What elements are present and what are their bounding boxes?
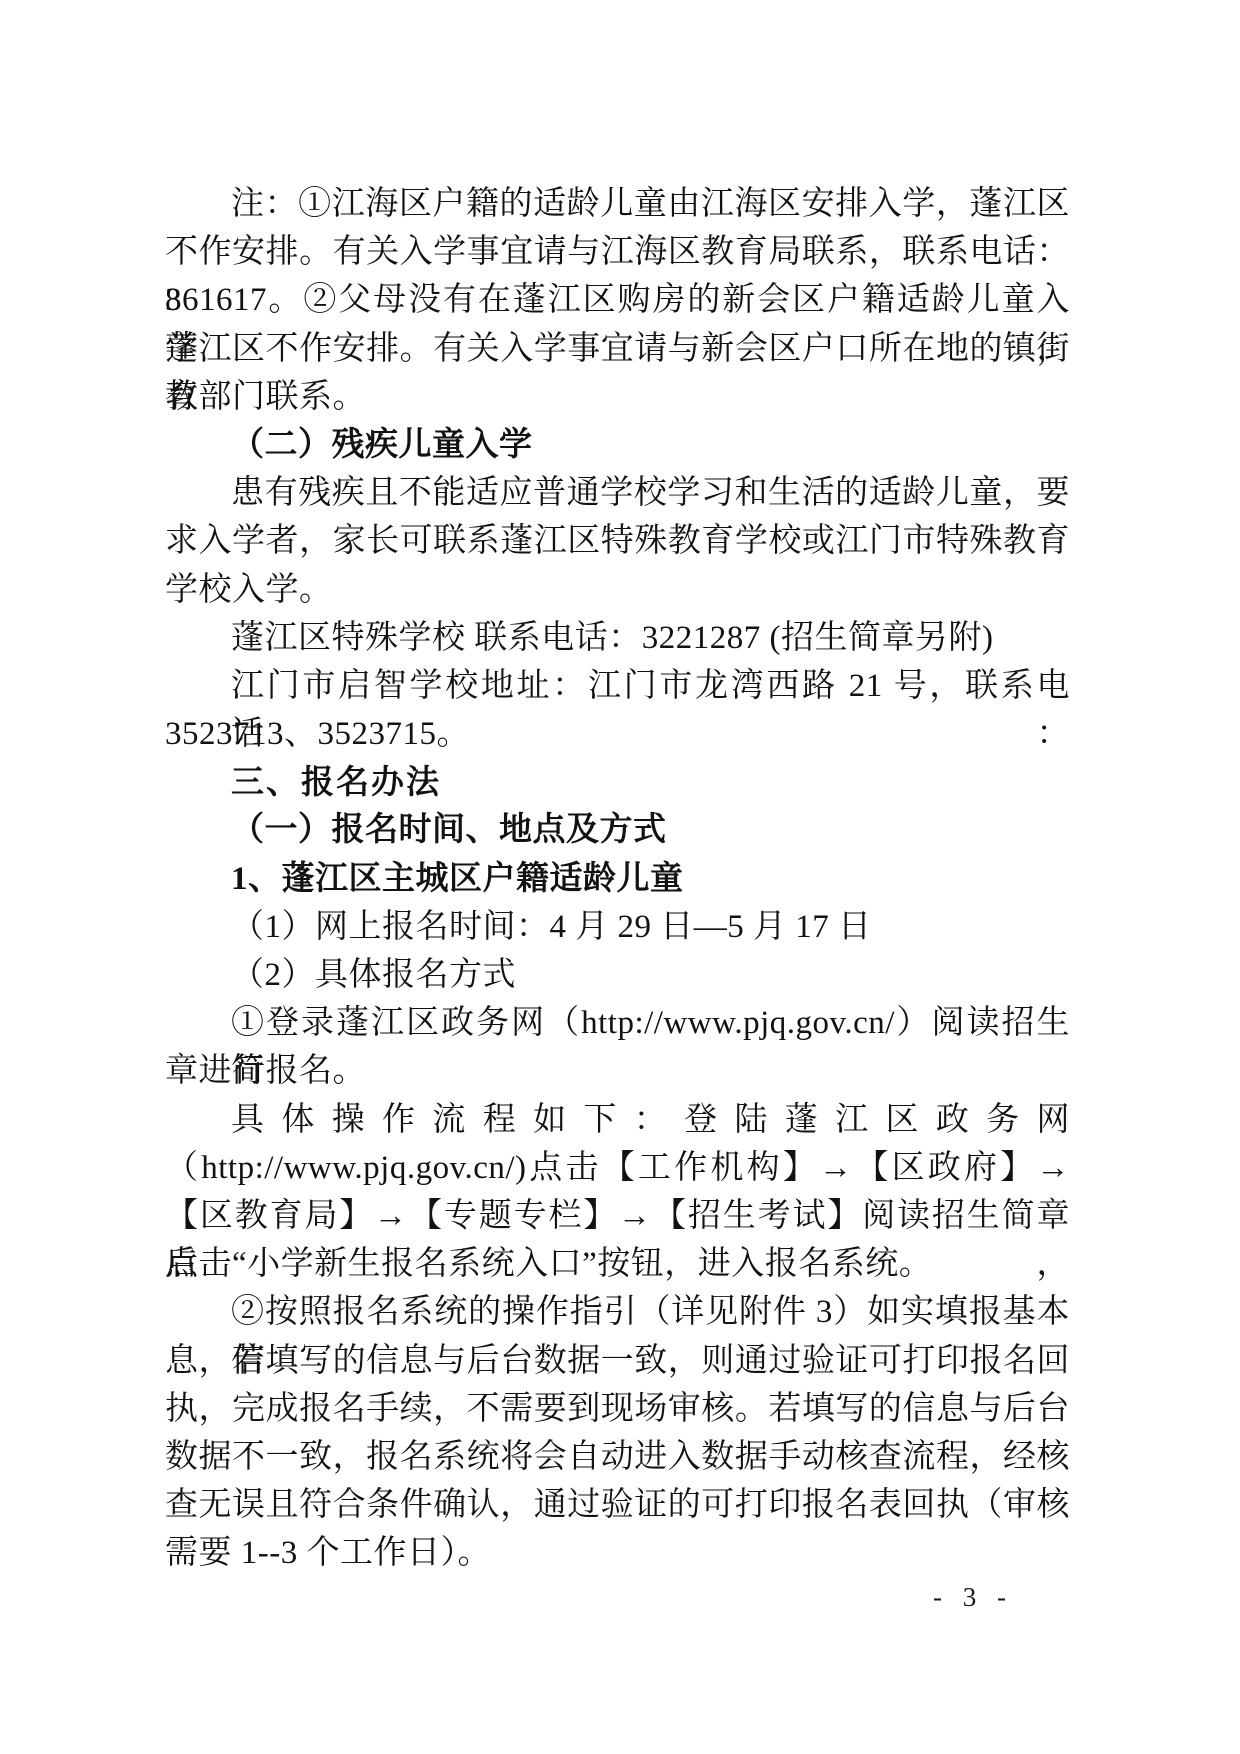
step1-line-1: ①登录蓬江区政务网（http://www.pjq.gov.cn/）阅读招生简	[165, 999, 1070, 1047]
step1-line-2: 章进行报名。	[165, 1047, 1070, 1095]
disabled-paragraph-line-2: 求入学者，家长可联系蓬江区特殊教育学校或江门市特殊教育	[165, 517, 1070, 565]
note-line-5: 育部门联系。	[165, 373, 1070, 421]
step2-line-6: 需要 1--3 个工作日）。	[165, 1529, 1070, 1577]
note-line-3: 861617。②父母没有在蓬江区购房的新会区户籍适龄儿童入学，	[165, 276, 1070, 324]
document-page: 注：①江海区户籍的适龄儿童由江海区安排入学，蓬江区 不作安排。有关入学事宜请与江…	[0, 0, 1240, 1754]
registration-method-label: （2）具体报名方式	[165, 951, 1070, 999]
heading-main-city-household-children: 1、蓬江区主城区户籍适龄儿童	[165, 855, 1070, 903]
note-line-2: 不作安排。有关入学事宜请与江海区教育局联系，联系电话：3	[165, 228, 1070, 276]
disabled-paragraph-line-3: 学校入学。	[165, 566, 1070, 614]
online-registration-time: （1）网上报名时间：4 月 29 日—5 月 17 日	[165, 903, 1070, 951]
heading-time-place-method: （一）报名时间、地点及方式	[165, 806, 1070, 854]
disabled-paragraph-line-1: 患有残疾且不能适应普通学校学习和生活的适龄儿童，要	[165, 469, 1070, 517]
special-school-contact: 蓬江区特殊学校 联系电话：3221287 (招生简章另附)	[165, 614, 1070, 662]
procedure-line-1: 具体操作流程如下：登陆蓬江区政务网	[165, 1096, 1070, 1144]
procedure-line-3: 【区教育局】→【专题专栏】→【招生考试】阅读招生简章后，	[165, 1192, 1070, 1240]
qizhi-school-address-line: 江门市启智学校地址：江门市龙湾西路 21 号，联系电话：	[165, 662, 1070, 710]
heading-disabled-children-enrollment: （二）残疾儿童入学	[165, 421, 1070, 469]
step2-line-3: 执，完成报名手续，不需要到现场审核。若填写的信息与后台	[165, 1385, 1070, 1433]
procedure-line-2: （http://www.pjq.gov.cn/)点击【工作机构】→【区政府】→	[165, 1144, 1070, 1192]
note-line-4: 蓬江区不作安排。有关入学事宜请与新会区户口所在地的镇街教	[165, 325, 1070, 373]
heading-registration-method: 三、报名办法	[165, 758, 1070, 806]
document-body: 注：①江海区户籍的适龄儿童由江海区安排入学，蓬江区 不作安排。有关入学事宜请与江…	[165, 180, 1070, 1577]
step2-line-2: 息，若填写的信息与后台数据一致，则通过验证可打印报名回	[165, 1337, 1070, 1385]
note-line-1: 注：①江海区户籍的适龄儿童由江海区安排入学，蓬江区	[165, 180, 1070, 228]
page-number: - 3 -	[933, 1582, 1013, 1613]
step2-line-5: 查无误且符合条件确认，通过验证的可打印报名表回执（审核	[165, 1481, 1070, 1529]
step2-line-1: ②按照报名系统的操作指引（详见附件 3）如实填报基本信	[165, 1288, 1070, 1336]
step2-line-4: 数据不一致，报名系统将会自动进入数据手动核查流程，经核	[165, 1433, 1070, 1481]
